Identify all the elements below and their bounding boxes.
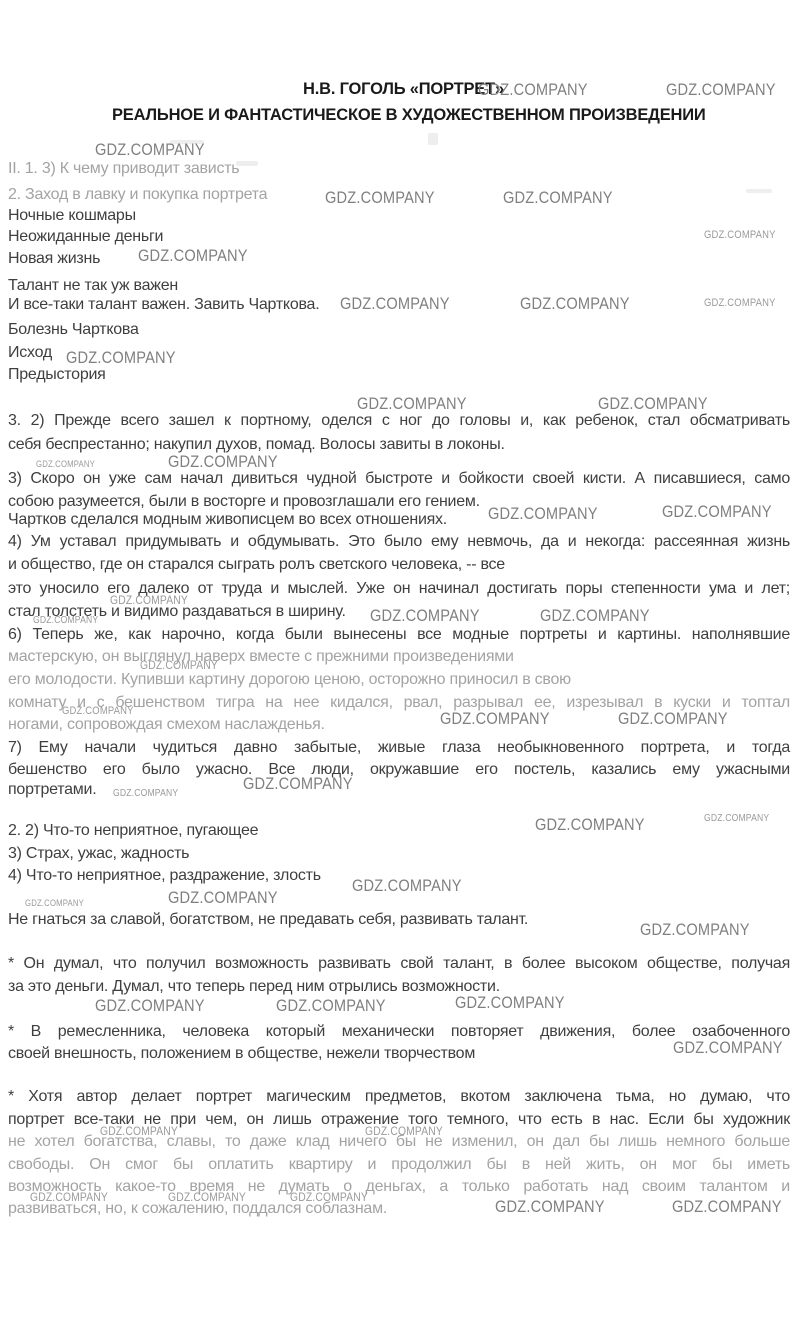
watermark: GDZ.COMPANY — [503, 188, 613, 208]
watermark: GDZ.COMPANY — [30, 1190, 108, 1204]
text-line: бешенство его было ужасно. Все люди, окр… — [8, 761, 790, 779]
watermark: GDZ.COMPANY — [357, 394, 467, 414]
watermark: GDZ.COMPANY — [33, 615, 98, 626]
text-line: II. 1. 3) К чему приводит зависть — [8, 160, 239, 178]
text-line: 3. 2) Прежде всего зашел к портному, оде… — [8, 412, 790, 430]
watermark: GDZ.COMPANY — [276, 996, 386, 1016]
text-line: И все-таки талант важен. Завить Чарткова… — [8, 296, 319, 314]
watermark: GDZ.COMPANY — [704, 813, 769, 824]
watermark: GDZ.COMPANY — [95, 140, 205, 160]
text-line: свободы. Он смог бы оплатить квартиру и … — [8, 1156, 790, 1174]
watermark: GDZ.COMPANY — [440, 709, 550, 729]
watermark: GDZ.COMPANY — [640, 920, 750, 940]
text-line: Предыстория — [8, 366, 106, 384]
text-line: собою разумеется, были в восторге и пров… — [8, 493, 480, 511]
watermark: GDZ.COMPANY — [168, 888, 278, 908]
text-line: Болезнь Чарткова — [8, 321, 139, 339]
text-line: 4) Что-то неприятное, раздражение, злост… — [8, 867, 321, 885]
watermark: GDZ.COMPANY — [113, 788, 178, 799]
text-line: 7) Ему начали чудиться давно забытые, жи… — [8, 739, 790, 757]
watermark: GDZ.COMPANY — [535, 815, 645, 835]
text-line: Талант не так уж важен — [8, 277, 178, 295]
watermark: GDZ.COMPANY — [66, 348, 176, 368]
watermark: GDZ.COMPANY — [140, 658, 218, 672]
watermark: GDZ.COMPANY — [168, 1190, 246, 1204]
text-line: Ночные кошмары — [8, 207, 136, 225]
text-line: за это деньги. Думал, что теперь перед н… — [8, 978, 500, 996]
watermark: GDZ.COMPANY — [598, 394, 708, 414]
watermark: GDZ.COMPANY — [100, 1124, 178, 1138]
watermark: GDZ.COMPANY — [138, 246, 248, 266]
text-line: мастерскую, он выглянул наверх вместе с … — [8, 648, 514, 666]
watermark: GDZ.COMPANY — [95, 996, 205, 1016]
watermark: GDZ.COMPANY — [672, 1197, 782, 1217]
watermark: GDZ.COMPANY — [488, 504, 598, 524]
watermark: GDZ.COMPANY — [370, 606, 480, 626]
watermark: GDZ.COMPANY — [704, 229, 776, 241]
text-line: 2. 2) Что-то неприятное, пугающее — [8, 822, 258, 840]
text-line: его молодости. Купивши картину дорогою ц… — [8, 671, 571, 689]
watermark: GDZ.COMPANY — [62, 705, 134, 717]
watermark: GDZ.COMPANY — [25, 898, 84, 908]
text-line: 3) Скоро он уже сам начал дивиться чудно… — [8, 470, 790, 488]
watermark: GDZ.COMPANY — [666, 80, 776, 100]
text-line: * Он думал, что получил возможность разв… — [8, 955, 790, 973]
scan-artifact — [428, 133, 438, 145]
watermark: GDZ.COMPANY — [352, 876, 462, 896]
watermark: GDZ.COMPANY — [478, 80, 588, 100]
watermark: GDZ.COMPANY — [618, 709, 728, 729]
text-line: 4) Ум уставал придумывать и обдумывать. … — [8, 533, 790, 551]
watermark: GDZ.COMPANY — [110, 593, 188, 607]
watermark: GDZ.COMPANY — [325, 188, 435, 208]
text-line: * Хотя автор делает портрет магическим п… — [8, 1088, 790, 1106]
watermark: GDZ.COMPANY — [36, 459, 95, 469]
watermark: GDZ.COMPANY — [340, 294, 450, 314]
watermark: GDZ.COMPANY — [540, 606, 650, 626]
watermark: GDZ.COMPANY — [455, 993, 565, 1013]
text-line: Чартков сделался модным живописцем во вс… — [8, 511, 447, 529]
text-line: своей внешность, положением в обществе, … — [8, 1045, 475, 1063]
text-line: Новая жизнь — [8, 250, 100, 268]
text-line: ногами, сопровождая смехом наслажденья. — [8, 716, 325, 734]
text-line: Не гнаться за славой, богатством, не пре… — [8, 911, 528, 929]
watermark: GDZ.COMPANY — [520, 294, 630, 314]
text-line: 3) Страх, ужас, жадность — [8, 845, 189, 863]
scan-artifact — [746, 189, 772, 193]
text-line: и общество, где он старался сыграть ролъ… — [8, 556, 505, 574]
text-line: себя беспрестанно; накупил духов, помад.… — [8, 436, 505, 454]
watermark: GDZ.COMPANY — [673, 1038, 783, 1058]
text-line: 2. Заход в лавку и покупка портрета — [8, 186, 267, 204]
text-line: Неожиданные деньги — [8, 228, 163, 246]
text-line: портретами. — [8, 781, 96, 799]
document-page: Н.В. ГОГОЛЬ «ПОРТРЕТ» РЕАЛЬНОЕ И ФАНТАСТ… — [0, 0, 811, 1328]
text-line: возможность какое-то время не думать о д… — [8, 1178, 790, 1196]
text-line: Исход — [8, 344, 52, 362]
watermark: GDZ.COMPANY — [365, 1124, 443, 1138]
watermark: GDZ.COMPANY — [243, 774, 353, 794]
document-title: Н.В. ГОГОЛЬ «ПОРТРЕТ» — [303, 80, 504, 98]
document-subtitle: РЕАЛЬНОЕ И ФАНТАСТИЧЕСКОЕ В ХУДОЖЕСТВЕНН… — [112, 106, 706, 124]
watermark: GDZ.COMPANY — [662, 502, 772, 522]
text-line: 6) Теперь же, как нарочно, когда были вы… — [8, 626, 790, 644]
watermark: GDZ.COMPANY — [495, 1197, 605, 1217]
watermark: GDZ.COMPANY — [290, 1190, 368, 1204]
watermark: GDZ.COMPANY — [704, 297, 776, 309]
watermark: GDZ.COMPANY — [168, 452, 278, 472]
